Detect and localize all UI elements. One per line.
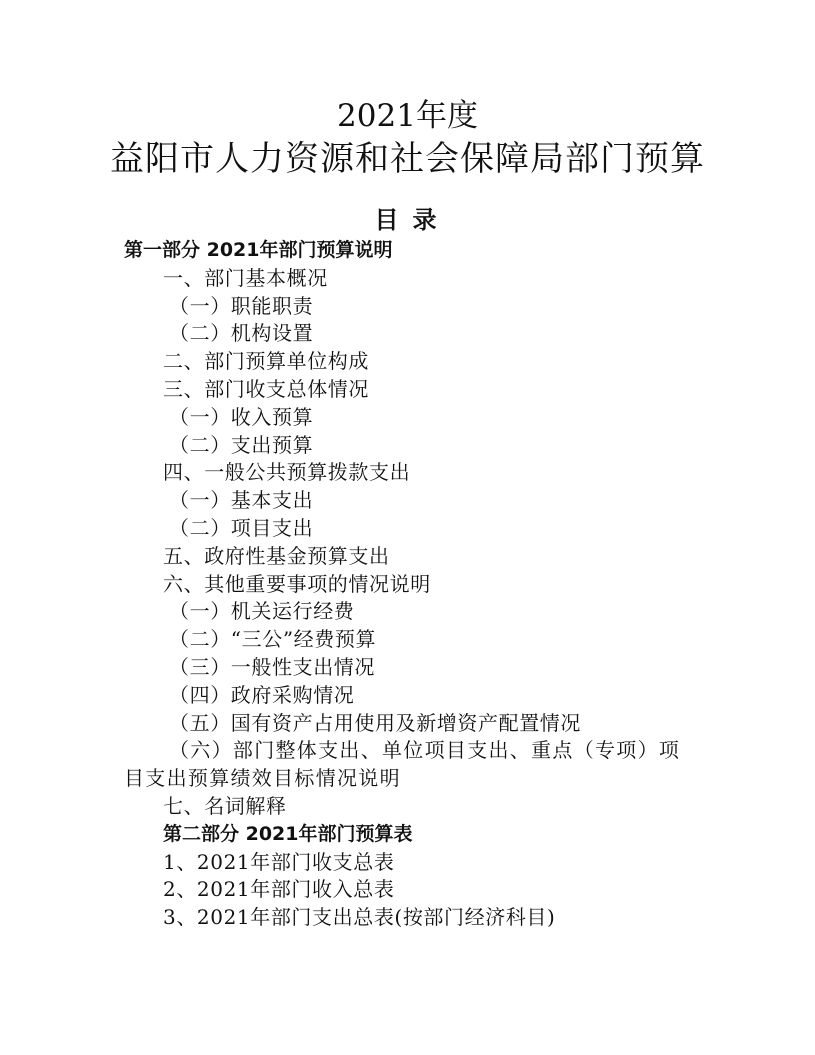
toc-item: （二）“三公”经费预算 <box>124 626 692 654</box>
toc-item: 四、一般公共预算拨款支出 <box>124 459 692 487</box>
toc-item: （六）部门整体支出、单位项目支出、重点（专项）项目支出预算绩效目标情况说明 <box>124 737 692 793</box>
toc-heading-char-1: 目 <box>375 206 403 234</box>
toc-item: 第一部分 2021年部门预算说明 <box>124 237 692 265</box>
toc-heading-char-2: 录 <box>413 206 441 234</box>
toc-item: （二）支出预算 <box>124 432 692 460</box>
toc-item: （五）国有资产占用使用及新增资产配置情况 <box>124 710 692 738</box>
toc-item: （三）一般性支出情况 <box>124 654 692 682</box>
table-of-contents: 第一部分 2021年部门预算说明一、部门基本概况（一）职能职责（二）机构设置二、… <box>124 237 692 932</box>
toc-item: 3、2021年部门支出总表(按部门经济科目) <box>124 904 692 932</box>
document-title-year: 2021年度 <box>0 96 815 136</box>
toc-item: （二）机构设置 <box>124 320 692 348</box>
toc-item: （一）收入预算 <box>124 404 692 432</box>
toc-heading: 目录 <box>0 204 815 236</box>
toc-item: 一、部门基本概况 <box>124 265 692 293</box>
document-page: 2021年度 益阳市人力资源和社会保障局部门预算 目录 第一部分 2021年部门… <box>0 0 815 1055</box>
toc-item: （一）基本支出 <box>124 487 692 515</box>
toc-item: （一）职能职责 <box>124 293 692 321</box>
toc-item: 1、2021年部门收支总表 <box>124 849 692 877</box>
toc-item: （二）项目支出 <box>124 515 692 543</box>
toc-item: 七、名词解释 <box>124 793 692 821</box>
toc-item: （一）机关运行经费 <box>124 598 692 626</box>
toc-item: 二、部门预算单位构成 <box>124 348 692 376</box>
toc-item: 2、2021年部门收入总表 <box>124 876 692 904</box>
document-title: 益阳市人力资源和社会保障局部门预算 <box>0 137 815 181</box>
toc-item: （四）政府采购情况 <box>124 682 692 710</box>
toc-item: 三、部门收支总体情况 <box>124 376 692 404</box>
toc-item: 六、其他重要事项的情况说明 <box>124 571 692 599</box>
toc-item: 五、政府性基金预算支出 <box>124 543 692 571</box>
toc-item: 第二部分 2021年部门预算表 <box>124 821 692 849</box>
